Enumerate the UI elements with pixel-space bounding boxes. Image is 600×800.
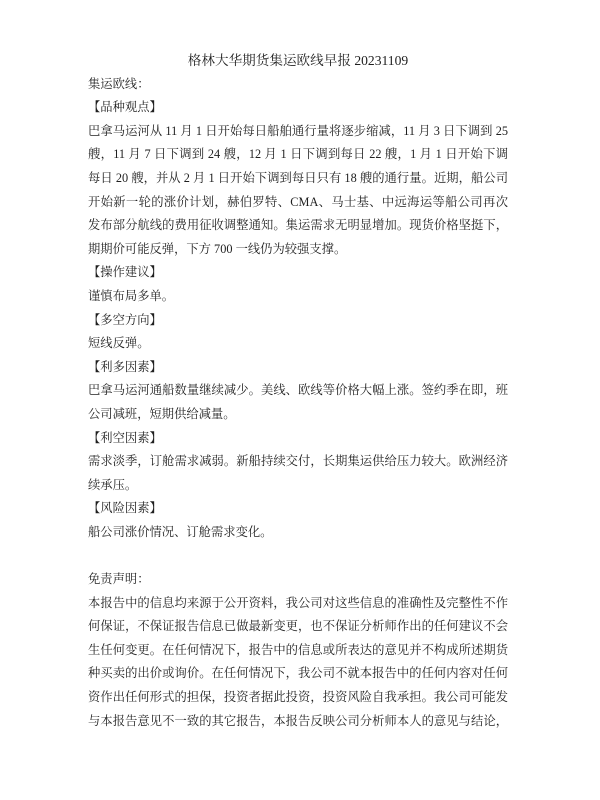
text-line: 巴拿马运河通船数量继续减少。美线、欧线等价格大幅上涨。签约季在即，班轮 xyxy=(88,379,508,403)
report-body: 格林大华期货集运欧线早报 20231109 集运欧线： 【品种观点】 巴拿马运河… xyxy=(88,49,508,733)
disclaimer-line: 本报告中的信息均来源于公开资料，我公司对这些信息的准确性及完整性不作任 xyxy=(88,592,508,616)
text-line: 续承压。 xyxy=(88,474,508,498)
disclaimer-line: 种买卖的出价或询价。在任何情况下，我公司不就本报告中的任何内容对任何投 xyxy=(88,662,508,686)
text-line: 短线反弹。 xyxy=(88,332,508,356)
blank-line xyxy=(88,544,508,568)
section-heading-risk-factors: 【风险因素】 xyxy=(88,497,508,521)
text-line: 需求淡季，订舱需求减弱。新船持续交付，长期集运供给压力较大。欧洲经济持 xyxy=(88,450,508,474)
report-title-text: 格林大华期货集运欧线早报 20231109 xyxy=(188,53,408,68)
disclaimer-heading: 免责声明： xyxy=(88,568,508,592)
text-line: 发布部分航线的费用征收调整通知。集运需求无明显增加。现货价格坚挺下，短 xyxy=(88,214,508,238)
section-heading-operation-advice: 【操作建议】 xyxy=(88,261,508,285)
disclaimer-line: 何保证，不保证报告信息已做最新变更，也不保证分析师作出的任何建议不会发 xyxy=(88,615,508,639)
document-page: 格林大华期货集运欧线早报 20231109 集运欧线： 【品种观点】 巴拿马运河… xyxy=(0,0,600,800)
text-line: 每日 20 艘，并从 2 月 1 日开始下调到每日只有 18 艘的通行量。近期，… xyxy=(88,167,508,191)
disclaimer-line: 与本报告意见不一致的其它报告，本报告反映公司分析师本人的意见与结论，并 xyxy=(88,710,508,734)
text-line: 谨慎布局多单。 xyxy=(88,285,508,309)
subject-label: 集运欧线： xyxy=(88,73,508,97)
text-line: 巴拿马运河从 11 月 1 日开始每日船舶通行量将逐步缩减，11 月 3 日下调… xyxy=(88,120,508,144)
section-heading-bearish-factors: 【利空因素】 xyxy=(88,427,508,451)
disclaimer-line: 资作出任何形式的担保，投资者据此投资，投资风险自我承担。我公司可能发出 xyxy=(88,686,508,710)
section-heading-variety-view: 【品种观点】 xyxy=(88,96,508,120)
section-heading-bullish-factors: 【利多因素】 xyxy=(88,356,508,380)
text-line: 开始新一轮的涨价计划，赫伯罗特、CMA、马士基、中远海运等船公司再次相继 xyxy=(88,191,508,215)
report-title: 格林大华期货集运欧线早报 20231109 xyxy=(88,49,508,73)
text-line: 期期价可能反弹，下方 700 一线仍为较强支撑。 xyxy=(88,238,508,262)
text-line: 船公司涨价情况、订舱需求变化。 xyxy=(88,521,508,545)
section-heading-long-short-direction: 【多空方向】 xyxy=(88,309,508,333)
text-line: 艘，11 月 7 日下调到 24 艘，12 月 1 日下调到每日 22 艘，1 … xyxy=(88,143,508,167)
disclaimer-line: 生任何变更。在任何情况下，报告中的信息或所表达的意见并不构成所述期货品 xyxy=(88,639,508,663)
text-line: 公司减班，短期供给减量。 xyxy=(88,403,508,427)
